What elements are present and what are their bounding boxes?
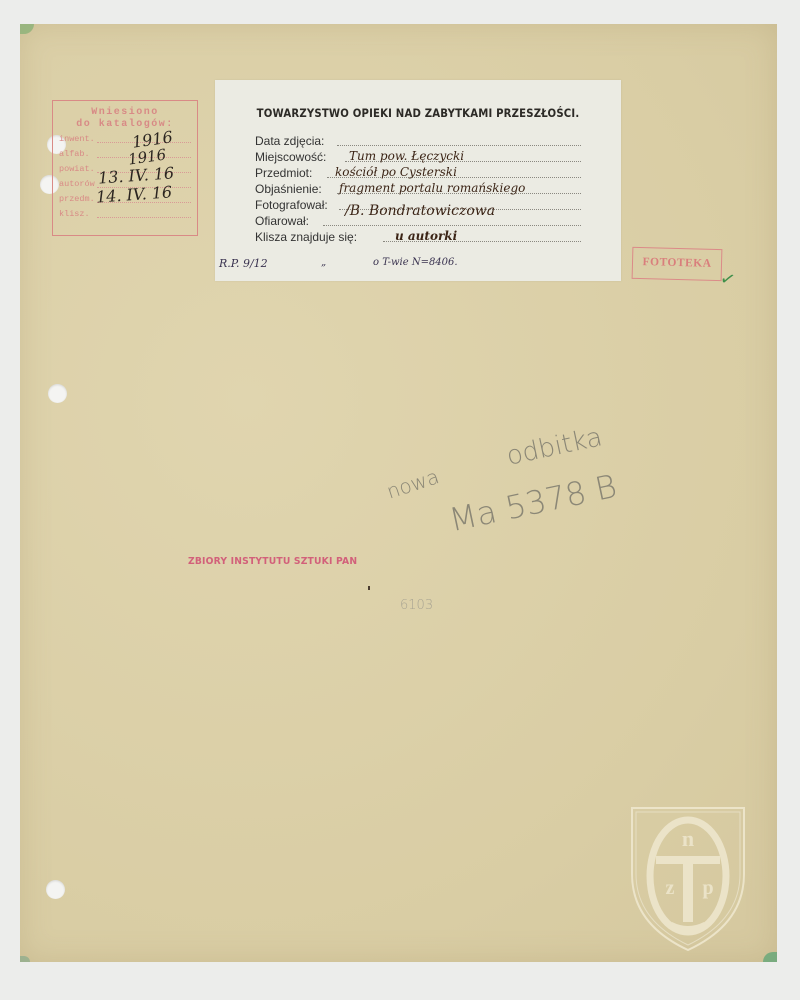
card-reference-ditto: „: [321, 257, 326, 268]
field-value: fragment portalu romańskiego: [339, 181, 525, 195]
stamp-title-line1: Wniesiono: [53, 107, 197, 119]
card-reference-number: o T-wie N=8406.: [373, 257, 458, 268]
stamp-title-line2: do katalogów:: [53, 119, 197, 131]
field-data-zdjecia: Data zdjęcia:: [255, 132, 581, 148]
field-klisza: Klisza znajduje się: u autorki: [255, 228, 581, 244]
field-objasnienie: Objaśnienie: fragment portalu romańskieg…: [255, 180, 581, 196]
field-ofiarowal: Ofiarował:: [255, 212, 581, 228]
svg-text:n: n: [682, 826, 694, 851]
field-label: Klisza znajduje się:: [255, 230, 357, 244]
pencil-note-small: 6103: [400, 598, 433, 613]
field-przedmiot: Przedmiot: kościół po Cysterski: [255, 164, 581, 180]
field-label: Fotografował:: [255, 198, 328, 212]
stamp-row-inwent: inwent.: [53, 131, 197, 146]
card-title: TOWARZYSTWO OPIEKI NAD ZABYTKAMI PRZESZŁ…: [239, 106, 596, 120]
card-reference-rp: R.P. 9/12: [219, 257, 268, 270]
field-value: kościół po Cysterski: [335, 165, 457, 179]
field-miejscowosc: Miejscowość: Tum pow. Łęczycki: [255, 148, 581, 164]
field-value: u autorki: [395, 229, 457, 243]
punch-hole: [48, 384, 67, 403]
ink-mark: [368, 586, 370, 590]
svg-text:p: p: [702, 877, 713, 899]
pencil-note-odbitka: odbitka: [504, 422, 605, 471]
institute-collection-stamp: ZBIORY INSTYTUTU SZTUKI PAN: [188, 556, 357, 567]
green-corner-tab: [763, 952, 777, 962]
field-fotografowal: Fotografował: /B. Bondratowiczowa: [255, 196, 581, 212]
fototeka-stamp: FOTOTEKA: [632, 247, 723, 281]
svg-text:z: z: [666, 877, 675, 899]
field-label: Objaśnienie:: [255, 182, 322, 196]
pencil-note-nowa: nowa: [384, 464, 442, 503]
field-value: Tum pow. Łęczycki: [349, 149, 464, 163]
embossed-shield-monogram-icon: n z p: [628, 804, 748, 954]
punch-hole: [46, 880, 65, 899]
field-label: Przedmiot:: [255, 166, 312, 180]
field-label: Ofiarował:: [255, 214, 309, 228]
pencil-note-reference: Ma 5378 B: [446, 467, 620, 540]
field-label: Miejscowość:: [255, 150, 326, 164]
stamp-row-alfab: alfab.: [53, 146, 197, 161]
green-corner-tab: [20, 24, 34, 34]
society-info-card: TOWARZYSTWO OPIEKI NAD ZABYTKAMI PRZESZŁ…: [215, 80, 621, 281]
green-corner-tab: [20, 956, 30, 962]
field-label: Data zdjęcia:: [255, 134, 324, 148]
stamp-row-klisz: klisz.: [53, 206, 197, 221]
document-page: Wniesiono do katalogów: inwent. alfab. p…: [20, 24, 777, 962]
